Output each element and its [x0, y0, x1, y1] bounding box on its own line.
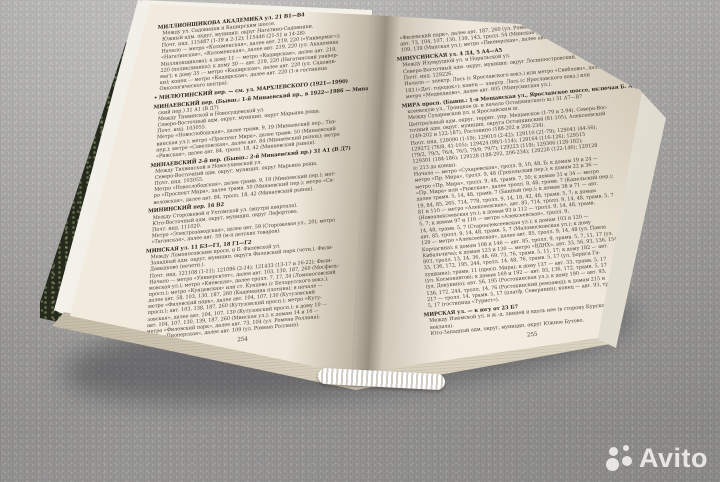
right-page-text: «Филевский парк», далее авт. 187, 260 (у… — [394, 15, 638, 348]
avito-watermark-text: Avito — [639, 443, 708, 474]
photo-of-open-book: { "watermark": { "text": "Avito" }, "col… — [0, 0, 720, 482]
avito-logo-icon — [606, 445, 634, 472]
right-page-entries: «Филевский парк», далее авт. 187, 260 (у… — [394, 17, 637, 338]
left-page-entries: МИЛЛИОНЩИКОВА АКАДЕМИКА ул. 21 В1—В4Межд… — [141, 7, 361, 342]
left-page-text: МИЛЛИОНЩИКОВА АКАДЕМИКА ул. 21 В1—В4Межд… — [141, 4, 361, 351]
directory-entry: МИРА просп. (Бывш.: 1-я Мещанская ул., Я… — [401, 85, 634, 310]
directory-entry: МИНСКАЯ ул. 11 Б3—Г1, 18 Г1—Г2Между Ломо… — [141, 231, 349, 342]
avito-watermark: Avito — [606, 440, 708, 476]
